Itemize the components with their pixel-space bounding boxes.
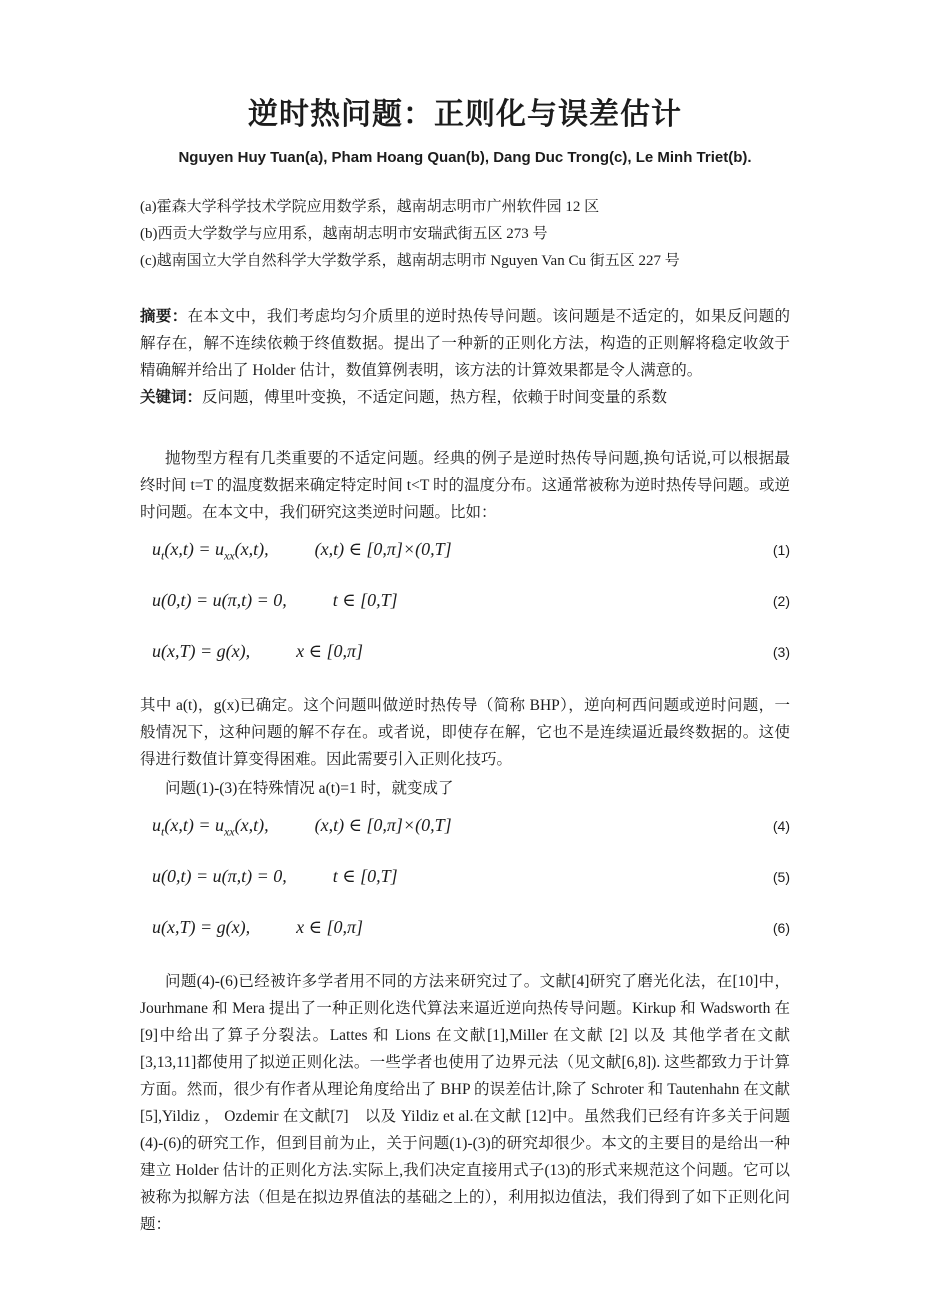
equation-2-domain: t ∈ [0,T] — [333, 590, 398, 611]
equation-1: ut(x,t) = uxx(x,t), (x,t) ∈ [0,π]×(0,T] … — [140, 539, 790, 577]
equation-2-number: (2) — [773, 593, 790, 609]
equations-1-3: ut(x,t) = uxx(x,t), (x,t) ∈ [0,π]×(0,T] … — [140, 539, 790, 679]
equation-2: u(0,t) = u(π,t) = 0, t ∈ [0,T] (2) — [140, 590, 790, 628]
page-title: 逆时热问题：正则化与误差估计 — [140, 94, 790, 136]
equation-6-formula: u(x,T) = g(x), — [152, 917, 250, 942]
equation-6-number: (6) — [773, 920, 790, 936]
special-case-paragraph: 问题(1)-(3)在特殊情况 a(t)=1 时，就变成了 — [140, 775, 790, 802]
equation-4-domain: (x,t) ∈ [0,π]×(0,T] — [315, 815, 452, 836]
keywords-label: 关键词： — [140, 389, 202, 406]
equation-3-number: (3) — [773, 644, 790, 660]
abstract-label: 摘要： — [140, 308, 188, 325]
equation-1-number: (1) — [773, 542, 790, 558]
equation-4-formula: ut(x,t) = uxx(x,t), — [152, 815, 269, 840]
equation-3-formula: u(x,T) = g(x), — [152, 641, 250, 666]
equation-5-formula: u(0,t) = u(π,t) = 0, — [152, 866, 287, 891]
keywords-paragraph: 关键词：反问题，傅里叶变换，不适定问题，热方程，依赖于时间变量的系数 — [140, 384, 790, 411]
abstract-block: 摘要：在本文中，我们考虑均匀介质里的逆时热传导问题。该问题是不适定的，如果反问题… — [140, 303, 790, 411]
equation-6-domain: x ∈ [0,π] — [296, 917, 363, 938]
equations-4-6: ut(x,t) = uxx(x,t), (x,t) ∈ [0,π]×(0,T] … — [140, 815, 790, 955]
affiliation-a: (a)霍森大学科学技术学院应用数学系，越南胡志明市广州软件园 12 区 — [140, 194, 790, 221]
equation-6: u(x,T) = g(x), x ∈ [0,π] (6) — [140, 917, 790, 955]
abstract-text: 在本文中，我们考虑均匀介质里的逆时热传导问题。该问题是不适定的，如果反问题的解存… — [140, 308, 790, 379]
equation-5-number: (5) — [773, 869, 790, 885]
equation-5: u(0,t) = u(π,t) = 0, t ∈ [0,T] (5) — [140, 866, 790, 904]
intro-paragraph: 抛物型方程有几类重要的不适定问题。经典的例子是逆时热传导问题,换句话说,可以根据… — [140, 445, 790, 526]
equation-4-number: (4) — [773, 818, 790, 834]
after-eq3-paragraph: 其中 a(t)，g(x)已确定。这个问题叫做逆时热传导（简称 BHP），逆向柯西… — [140, 692, 790, 773]
closing-paragraph: 问题(4)-(6)已经被许多学者用不同的方法来研究过了。文献[4]研究了磨光化法… — [140, 968, 790, 1238]
abstract-paragraph: 摘要：在本文中，我们考虑均匀介质里的逆时热传导问题。该问题是不适定的，如果反问题… — [140, 303, 790, 384]
equation-3-domain: x ∈ [0,π] — [296, 641, 363, 662]
equation-1-formula: ut(x,t) = uxx(x,t), — [152, 539, 269, 564]
paper-page: 逆时热问题：正则化与误差估计 Nguyen Huy Tuan(a), Pham … — [0, 0, 926, 1309]
equation-3: u(x,T) = g(x), x ∈ [0,π] (3) — [140, 641, 790, 679]
authors-line: Nguyen Huy Tuan(a), Pham Hoang Quan(b), … — [140, 148, 790, 168]
equation-2-formula: u(0,t) = u(π,t) = 0, — [152, 590, 287, 615]
affiliation-c: (c)越南国立大学自然科学大学数学系，越南胡志明市 Nguyen Van Cu … — [140, 248, 790, 275]
keywords-text: 反问题，傅里叶变换，不适定问题，热方程，依赖于时间变量的系数 — [202, 389, 667, 406]
equation-5-domain: t ∈ [0,T] — [333, 866, 398, 887]
equation-4: ut(x,t) = uxx(x,t), (x,t) ∈ [0,π]×(0,T] … — [140, 815, 790, 853]
equation-1-domain: (x,t) ∈ [0,π]×(0,T] — [315, 539, 452, 560]
affiliations-block: (a)霍森大学科学技术学院应用数学系，越南胡志明市广州软件园 12 区 (b)西… — [140, 194, 790, 275]
affiliation-b: (b)西贡大学数学与应用系，越南胡志明市安瑞武街五区 273 号 — [140, 221, 790, 248]
